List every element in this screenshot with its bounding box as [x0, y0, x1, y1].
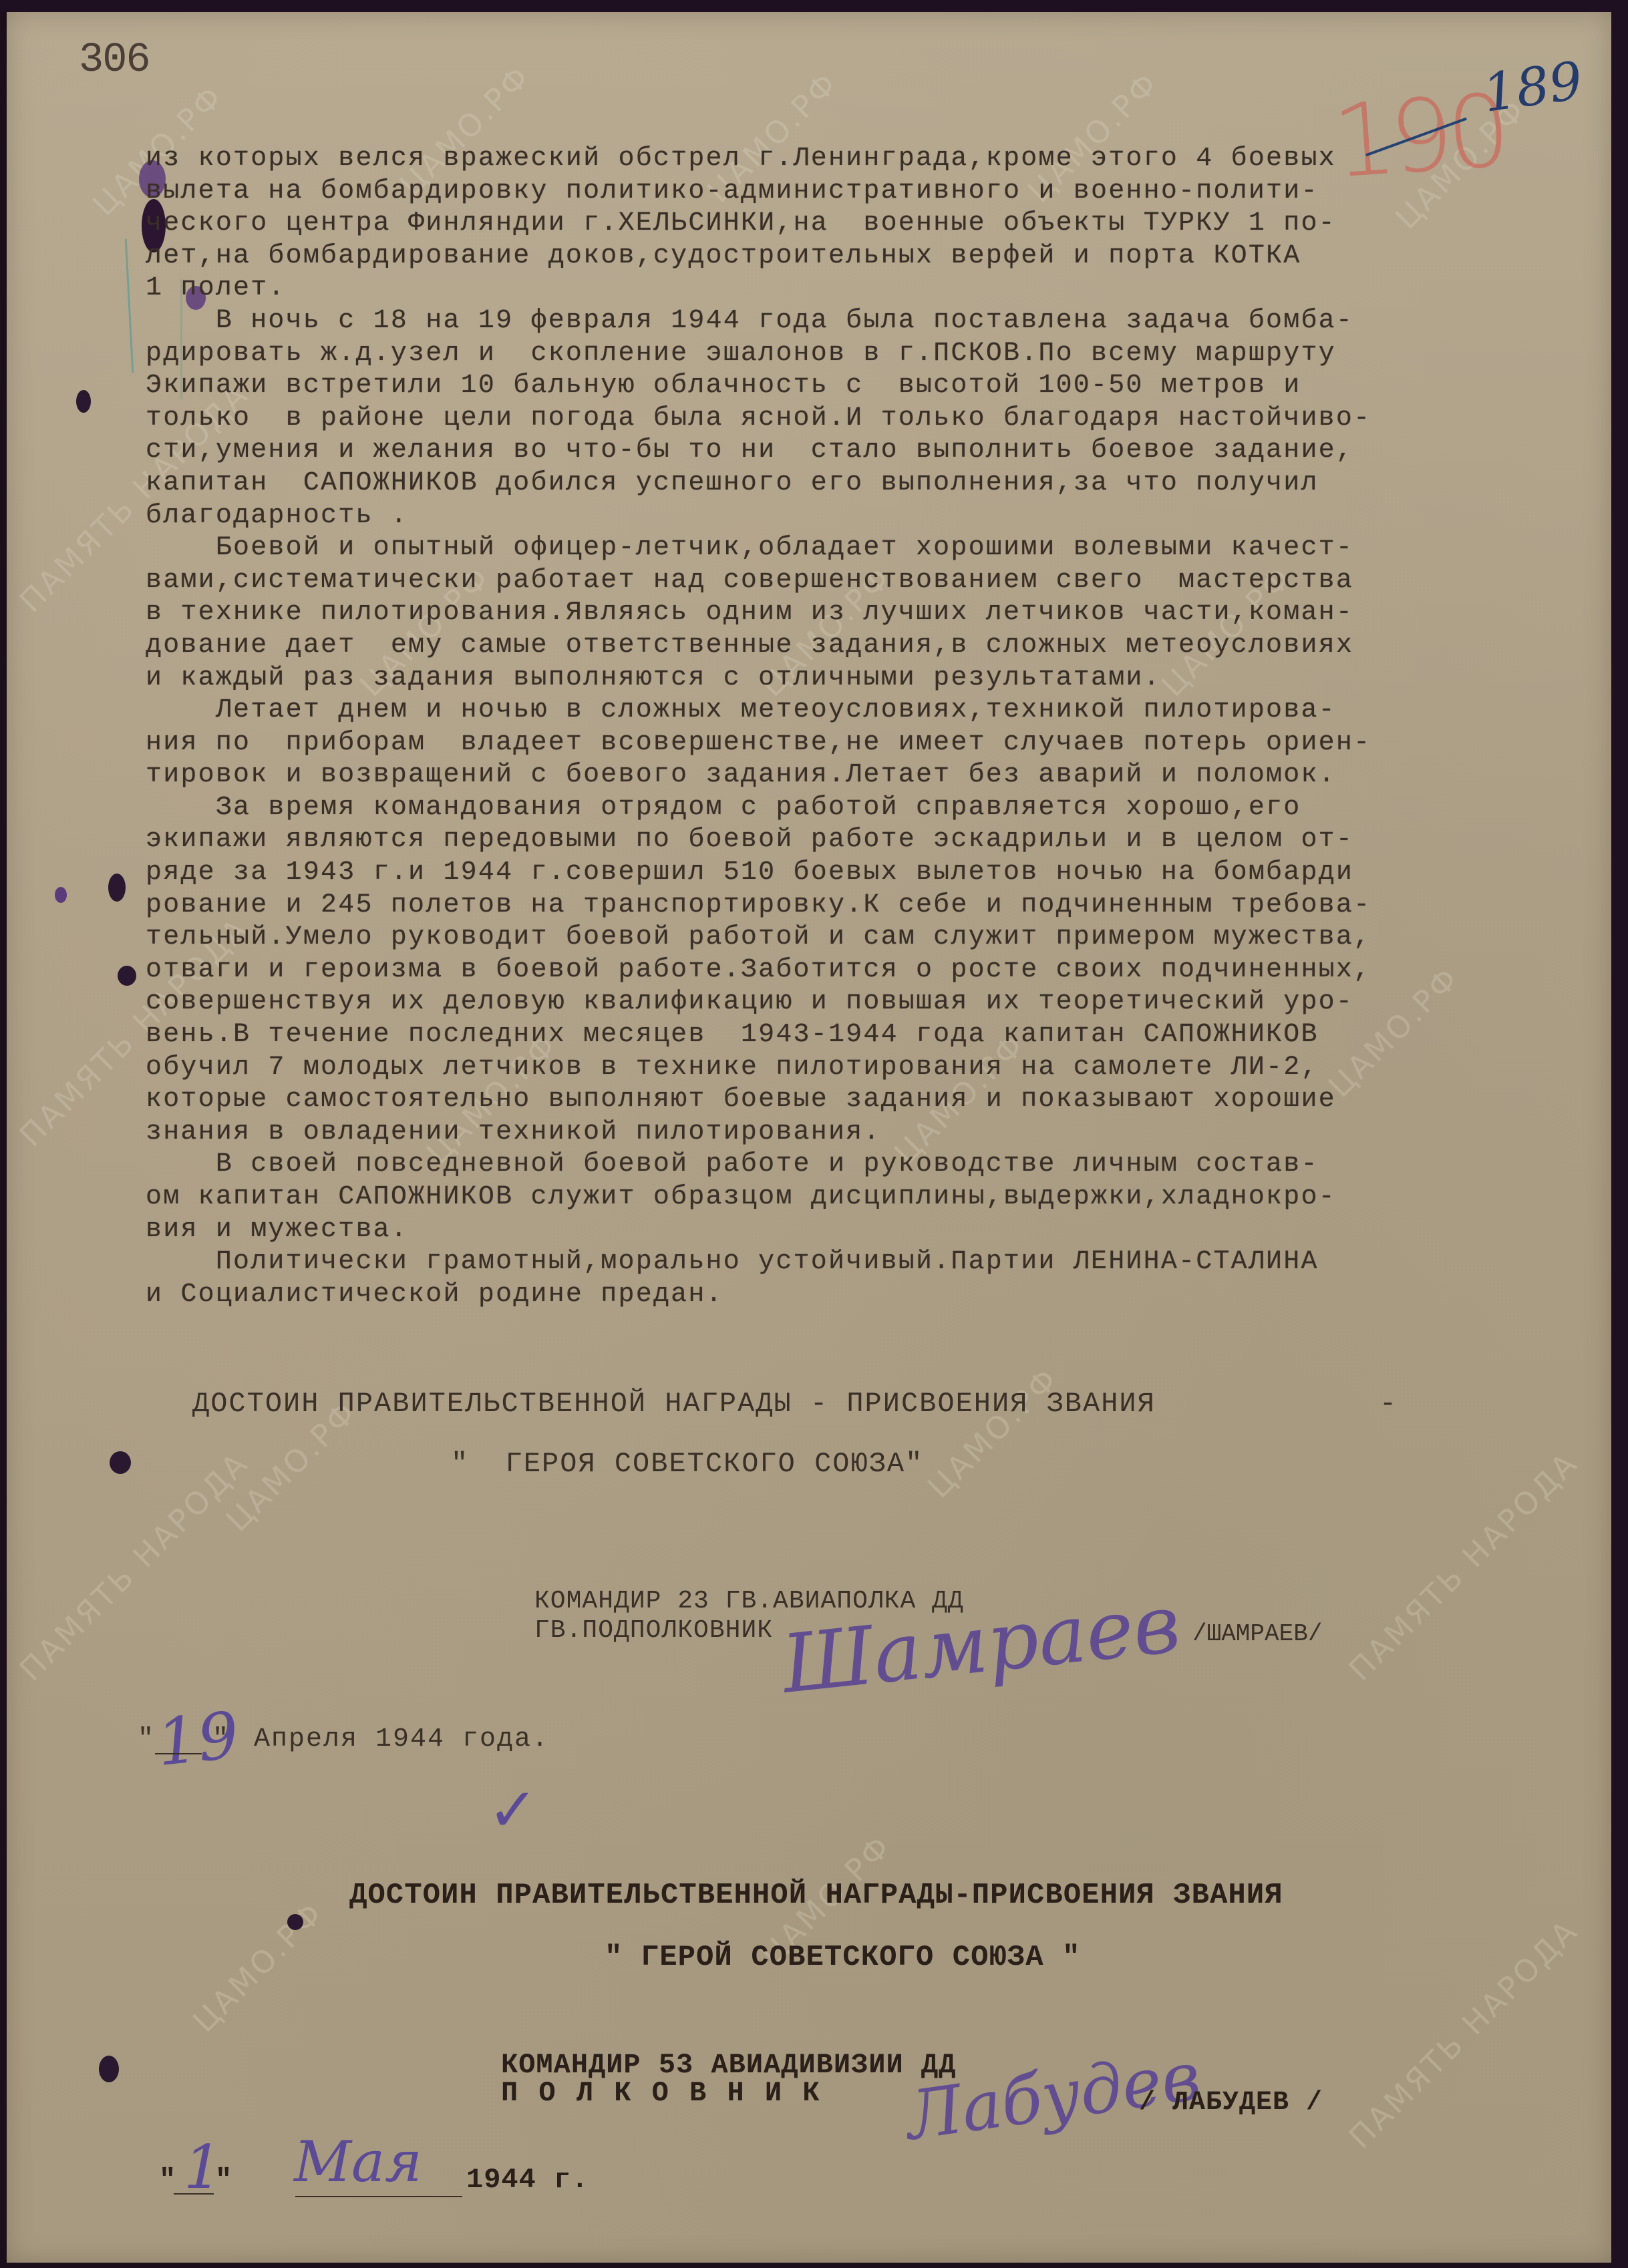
body-line: совершенствуя их деловую квалификацию и … [146, 986, 1589, 1019]
body-line: и Социалистической родине предан. [146, 1279, 1589, 1312]
division-signer-rank: П О Л К О В Н И К [501, 2077, 821, 2109]
watermark: ЦАМО.РФ [186, 1894, 331, 2039]
body-line: Экипажи встретили 10 бальную облачность … [146, 370, 1589, 403]
scan-border-top [0, 0, 1628, 12]
date-month-underline [295, 2196, 462, 2197]
ink-dot [55, 887, 67, 903]
body-line: вами,систематически работает над соверше… [146, 565, 1589, 598]
division-signer-title: КОМАНДИР 53 АВИАДИВИЗИИ ДД [501, 2049, 956, 2081]
body-line: сти,умения и желания во что-бы то ни ста… [146, 435, 1589, 467]
body-line: и каждый раз задания выполняются с отлич… [146, 663, 1589, 695]
body-line: В своей повседневной боевой работе и рук… [146, 1149, 1589, 1181]
regiment-conclusion-line1: ДОСТОИН ПРАВИТЕЛЬСТВЕННОЙ НАГРАДЫ - ПРИС… [192, 1388, 1156, 1420]
division-conclusion-line1: ДОСТОИН ПРАВИТЕЛЬСТВЕННОЙ НАГРАДЫ-ПРИСВО… [349, 1879, 1283, 1912]
ink-dot [287, 1914, 303, 1930]
body-line: Политически грамотный,морально устойчивы… [146, 1246, 1589, 1279]
regiment-signer-rank: ГВ.ПОДПОЛКОВНИК [534, 1616, 773, 1645]
body-line: ом капитан САПОЖНИКОВ служит образцом ди… [146, 1181, 1589, 1214]
body-line: которые самостоятельно выполняют боевые … [146, 1084, 1589, 1117]
division-date-month: Мая [294, 2129, 422, 2195]
punch-hole [108, 874, 126, 902]
body-line: ческого центра Финляндии г.ХЕЛЬСИНКИ,на … [146, 208, 1589, 240]
body-line: В ночь с 18 на 19 февраля 1944 года была… [146, 305, 1589, 338]
body-line: в технике пилотирования.Являясь одним из… [146, 597, 1589, 630]
body-line: обучил 7 молодых летчиков в технике пило… [146, 1052, 1589, 1085]
body-line: вылета на бомбардировку политико-админис… [146, 176, 1589, 208]
scan-border-right [1611, 0, 1628, 2268]
body-line: рдировать ж.д.узел и скопление эшалонов … [146, 338, 1589, 371]
page-number: 306 [79, 36, 150, 83]
regiment-date-text: Апреля 1944 года. [254, 1724, 549, 1754]
regiment-signer-name: /ШАМРАЕВ/ [1192, 1620, 1322, 1648]
body-line: тировок и возвращений с боевого задания.… [146, 759, 1589, 792]
date-day-underline [174, 2193, 214, 2195]
punch-hole [99, 2056, 119, 2082]
division-date-year: 1944 г. [466, 2164, 589, 2196]
body-line: ния по приборам владеет всовершенстве,не… [146, 727, 1589, 760]
body-line: Летает днем и ночью в сложных метеоуслов… [146, 695, 1589, 727]
approval-check-icon: ✓ [488, 1775, 538, 1845]
body-line: капитан САПОЖНИКОВ добился успешного его… [146, 467, 1589, 500]
body-line: тельный.Умело руководит боевой работой и… [146, 922, 1589, 954]
body-line: благодарность . [146, 500, 1589, 533]
body-line: лет,на бомбардирование доков,судостроите… [146, 240, 1589, 273]
body-line: отваги и героизма в боевой работе.Заботи… [146, 954, 1589, 987]
body-line: рование и 245 полетов на транспортировку… [146, 890, 1589, 922]
body-line: знания в овладении техникой пилотировани… [146, 1117, 1589, 1149]
body-line: экипажи являются передовыми по боевой ра… [146, 824, 1589, 857]
punch-hole [76, 390, 91, 413]
body-line: Боевой и опытный офицер-летчик,обладает … [146, 532, 1589, 565]
division-date-quote-close: " [215, 2164, 232, 2196]
body-line: дование дает ему самые ответственные зад… [146, 630, 1589, 663]
date-day-underline [155, 1753, 202, 1754]
body-line: 1 полет. [146, 272, 1589, 305]
body-line: вень.В течение последних месяцев 1943-19… [146, 1019, 1589, 1052]
folio-number-blue-pencil: 189 [1479, 51, 1586, 124]
regiment-conclusion-dash: - [1379, 1388, 1398, 1420]
division-conclusion-line2: " ГЕРОЙ СОВЕТСКОГО СОЮЗА " [605, 1941, 1081, 1974]
division-date-quote-open: " [159, 2164, 176, 2196]
citation-body: из которых велся вражеский обстрел г.Лен… [146, 143, 1589, 1311]
watermark: ПАМЯТЬ НАРОДА [1341, 1912, 1585, 2155]
body-line: вия и мужества. [146, 1214, 1589, 1247]
watermark: ПАМЯТЬ НАРОДА [12, 1445, 255, 1688]
body-line: только в районе цели погода была ясной.И… [146, 403, 1589, 435]
division-signer-name: / ЛАБУДЕВ / [1139, 2088, 1323, 2118]
punch-hole [110, 1451, 131, 1474]
regiment-conclusion-line2: " ГЕРОЯ СОВЕТСКОГО СОЮЗА" [451, 1448, 923, 1480]
watermark: ЦАМО.РФ [921, 1360, 1066, 1505]
punch-hole [118, 966, 136, 986]
document-page: ЦАМО.РФ ЦАМО.РФ ЦАМО.РФ ЦАМО.РФ ЦАМО.РФ … [7, 12, 1611, 2263]
body-line: ряде за 1943 г.и 1944 г.совершил 510 бое… [146, 857, 1589, 890]
regiment-date-quote-open: " [138, 1724, 155, 1754]
regiment-date-quote-close: " [212, 1724, 230, 1754]
margin-pencil-line [125, 239, 134, 373]
watermark: ПАМЯТЬ НАРОДА [1341, 1445, 1585, 1688]
body-line: из которых велся вражеский обстрел г.Лен… [146, 143, 1589, 176]
body-line: За время командования отрядом с работой … [146, 792, 1589, 825]
